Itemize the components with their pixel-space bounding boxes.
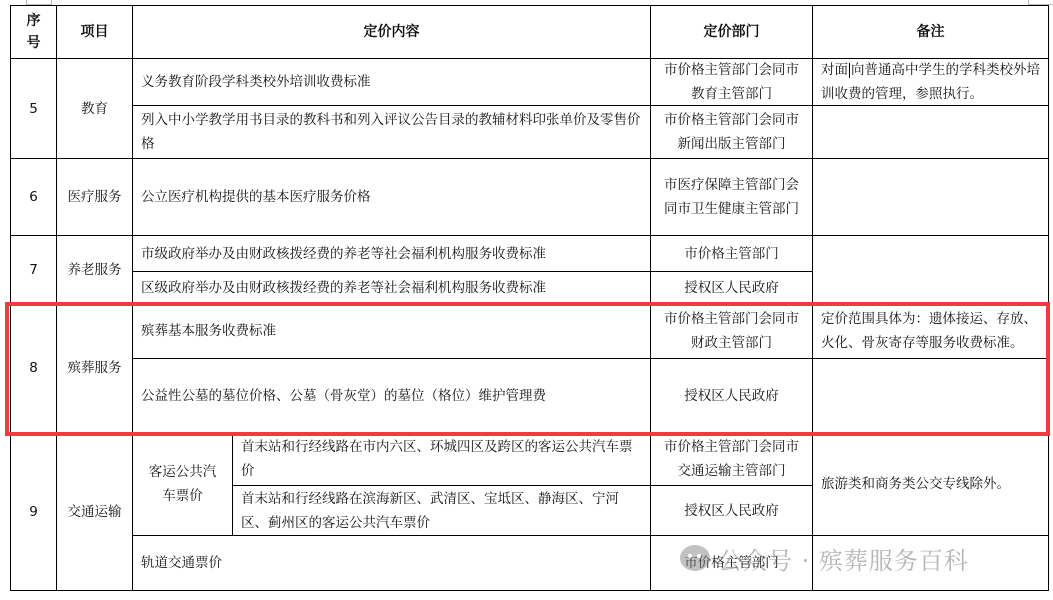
row-6-item: 医疗服务: [56, 158, 133, 236]
header-content-label: 定价内容: [364, 20, 420, 44]
row-8-dept-2: 授权区人民政府: [650, 358, 813, 433]
content-text: 首末站和行经线路在滨海新区、武清区、宝坻区、静海区、宁河区、蓟州区的客运公共汽车…: [241, 487, 644, 535]
row-7-dept-2: 授权区人民政府: [650, 271, 813, 304]
header-note-label: 备注: [917, 20, 945, 44]
row-5-content-1: 义务教育阶段学科类校外培训收费标准: [132, 58, 651, 106]
row-8-seq: 8: [10, 303, 57, 433]
content-text: 区级政府举办及由财政核拨经费的养老等社会福利机构服务收费标准: [141, 276, 546, 300]
dept-text: 市价格主管部门: [684, 242, 779, 266]
dept-text: 市价格主管部门会同市教育主管部门: [659, 58, 804, 106]
row-5-dept-1: 市价格主管部门会同市教育主管部门: [650, 58, 813, 106]
dept-text: 授权区人民政府: [684, 499, 779, 523]
row-9-dept-2: 授权区人民政府: [650, 485, 813, 536]
seq-value: 5: [29, 97, 38, 121]
row-7-item: 养老服务: [56, 235, 133, 304]
row-5-item: 教育: [56, 58, 133, 159]
row-9-dept-3: 市价格主管部门: [650, 535, 813, 591]
text-cursor: [849, 63, 850, 78]
header-seq-label: 序号: [23, 10, 44, 54]
row-5-note[interactable]: 对面向普通高中学生的学科类校外培训收费的管理，参照执行。: [812, 58, 1049, 106]
item-value: 养老服务: [68, 258, 122, 282]
seq-value: 8: [29, 356, 38, 380]
content-text: 公益性公墓的墓位价格、公墓（骨灰堂）的墓位（格位）维护管理费: [141, 384, 546, 408]
row-8-content-1: 殡葬基本服务收费标准: [132, 303, 651, 359]
item-value: 医疗服务: [68, 185, 122, 209]
content-text: 公立医疗机构提供的基本医疗服务价格: [141, 185, 371, 209]
note-text[interactable]: 对面向普通高中学生的学科类校外培训收费的管理，参照执行。: [821, 58, 1042, 106]
row-5-seq: 5: [10, 58, 57, 159]
row-9-item: 交通运输: [56, 432, 133, 591]
row-8-item: 殡葬服务: [56, 303, 133, 433]
row-9-note-3: [812, 535, 1049, 591]
row-5-note-2: [812, 105, 1049, 159]
row-9-dept-1: 市价格主管部门会同市交通运输主管部门: [650, 432, 813, 486]
dept-text: 授权区人民政府: [684, 276, 779, 300]
header-dept-label: 定价部门: [704, 20, 760, 44]
row-5-content-2: 列入中小学教学用书目录的教科书和列入评议公告目录的教辅材料印张单价及零售价格: [132, 105, 651, 159]
content-text: 轨道交通票价: [141, 551, 222, 575]
item-value: 教育: [81, 97, 108, 121]
item-value: 交通运输: [68, 500, 122, 524]
dept-text: 市医疗保障主管部门会同市卫生健康主管部门: [659, 173, 804, 221]
row-6-dept: 市医疗保障主管部门会同市卫生健康主管部门: [650, 158, 813, 236]
seq-value: 7: [29, 258, 38, 282]
dept-text: 市价格主管部门会同市新闻出版主管部门: [659, 108, 804, 156]
dept-text: 市价格主管部门: [684, 551, 779, 575]
row-8-dept-1: 市价格主管部门会同市财政主管部门: [650, 303, 813, 359]
dept-text: 授权区人民政府: [684, 384, 779, 408]
item-value: 殡葬服务: [68, 356, 122, 380]
row-9-content-1: 首末站和行经线路在市内六区、环城四区及跨区的客运公共汽车票价: [232, 432, 651, 486]
row-8-note-1: 定价范围具体为：遗体接运、存放、火化、骨灰寄存等服务收费标准。: [812, 303, 1049, 359]
header-item-label: 项目: [81, 20, 109, 44]
content-text: 殡葬基本服务收费标准: [141, 319, 276, 343]
content-text: 列入中小学教学用书目录的教科书和列入评议公告目录的教辅材料印张单价及零售价格: [141, 108, 644, 156]
row-6-seq: 6: [10, 158, 57, 236]
row-8-content-2: 公益性公墓的墓位价格、公墓（骨灰堂）的墓位（格位）维护管理费: [132, 358, 651, 433]
header-note: 备注: [812, 5, 1049, 59]
header-content: 定价内容: [132, 5, 651, 59]
row-9-content-3: 轨道交通票价: [132, 535, 651, 591]
note-text: 定价范围具体为：遗体接运、存放、火化、骨灰寄存等服务收费标准。: [821, 307, 1042, 355]
content-text: 义务教育阶段学科类校外培训收费标准: [141, 70, 371, 94]
row-7-note: [812, 235, 1049, 304]
note-text: 旅游类和商务类公交专线除外。: [821, 472, 1010, 496]
row-7-content-2: 区级政府举办及由财政核拨经费的养老等社会福利机构服务收费标准: [132, 271, 651, 304]
header-item: 项目: [56, 5, 133, 59]
sub-item-text: 客运公共汽车票价: [145, 460, 220, 508]
row-9-content-2: 首末站和行经线路在滨海新区、武清区、宝坻区、静海区、宁河区、蓟州区的客运公共汽车…: [232, 485, 651, 536]
row-7-seq: 7: [10, 235, 57, 304]
seq-value: 6: [29, 185, 38, 209]
content-text: 市级政府举办及由财政核拨经费的养老等社会福利机构服务收费标准: [141, 242, 546, 266]
seq-value: 9: [29, 500, 38, 524]
row-8-note-2: [812, 358, 1049, 433]
row-6-note: [812, 158, 1049, 236]
note-text-part: 对面: [821, 62, 848, 78]
row-5-dept-2: 市价格主管部门会同市新闻出版主管部门: [650, 105, 813, 159]
row-9-sub-item: 客运公共汽车票价: [132, 432, 233, 536]
note-text-part: 向普通高中学生的学科类校外培训收费的管理，参照执行。: [821, 62, 1040, 102]
row-6-content: 公立医疗机构提供的基本医疗服务价格: [132, 158, 651, 236]
row-7-content-1: 市级政府举办及由财政核拨经费的养老等社会福利机构服务收费标准: [132, 235, 651, 272]
row-9-seq: 9: [10, 432, 57, 591]
header-seq: 序号: [10, 5, 57, 59]
row-7-dept-1: 市价格主管部门: [650, 235, 813, 272]
content-text: 首末站和行经线路在市内六区、环城四区及跨区的客运公共汽车票价: [241, 435, 644, 483]
header-dept: 定价部门: [650, 5, 813, 59]
dept-text: 市价格主管部门会同市财政主管部门: [659, 307, 804, 355]
row-9-note: 旅游类和商务类公交专线除外。: [812, 432, 1049, 536]
dept-text: 市价格主管部门会同市交通运输主管部门: [659, 435, 804, 483]
